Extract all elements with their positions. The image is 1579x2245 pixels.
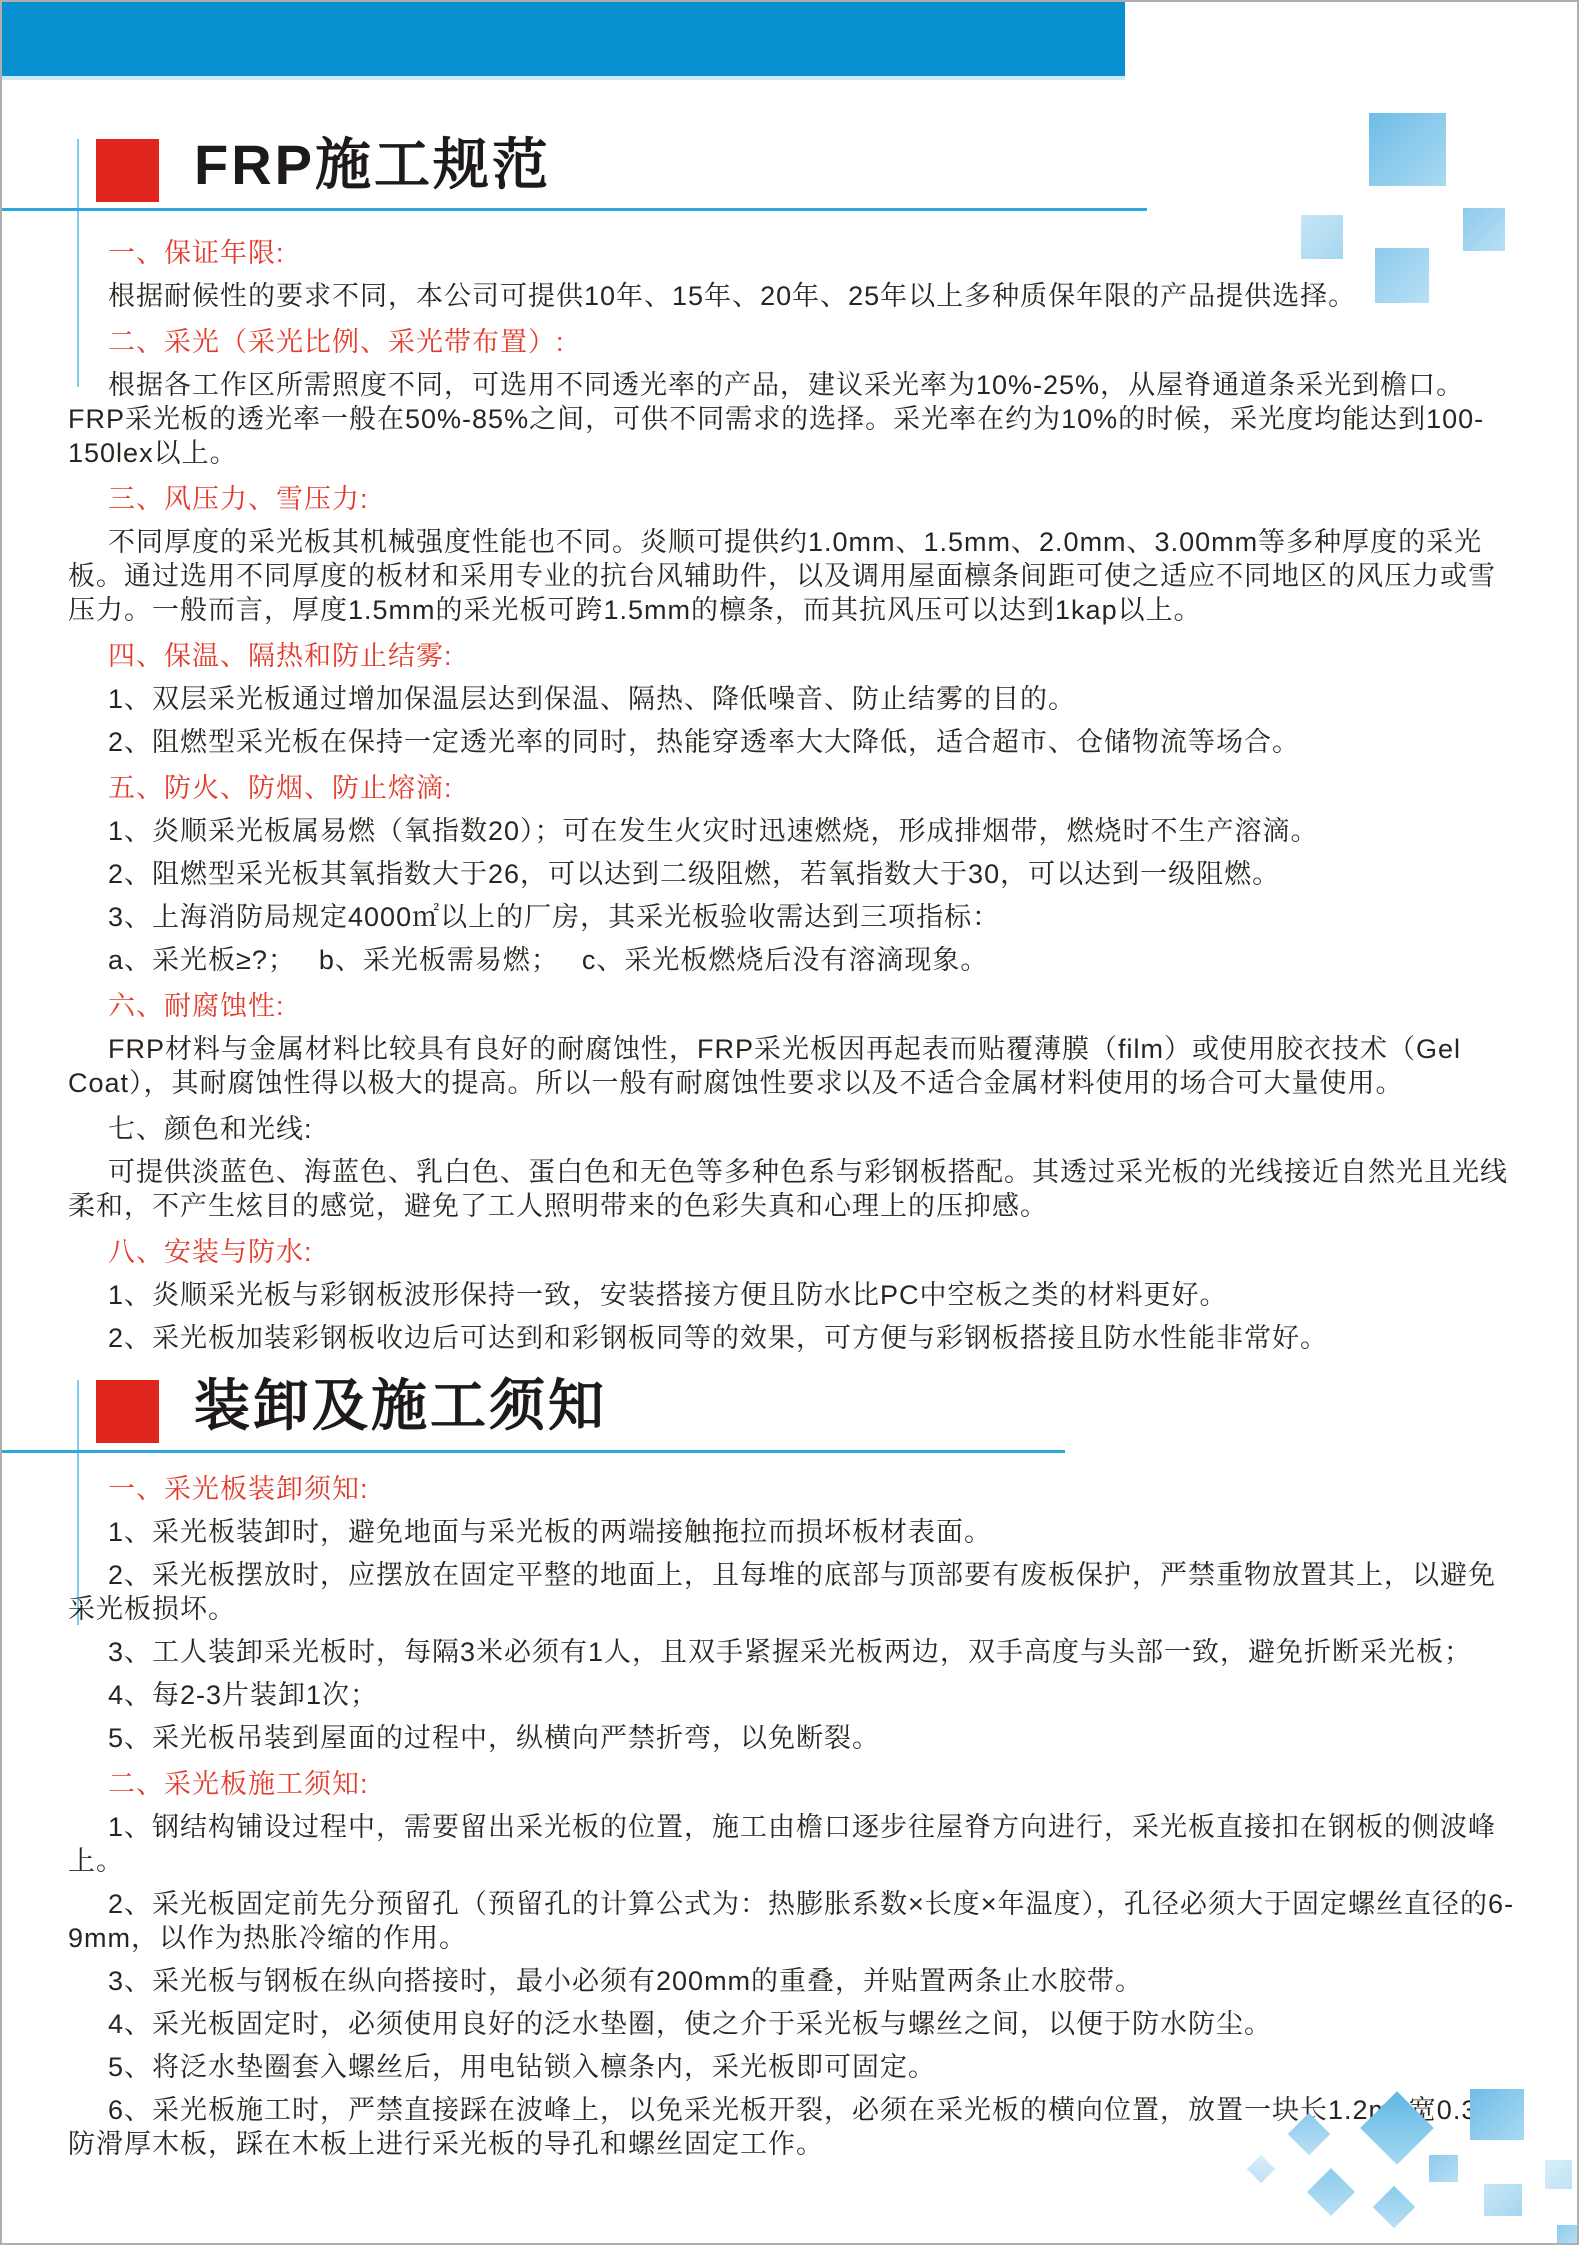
paragraph: FRP材料与金属材料比较具有良好的耐腐蚀性，FRP采光板因再起表而贴覆薄膜（fi… — [68, 1032, 1518, 1100]
paragraph: 不同厚度的采光板其机械强度性能也不同。炎顺可提供约1.0mm、1.5mm、2.0… — [68, 525, 1518, 627]
section-heading: 七、颜色和光线: — [68, 1112, 1518, 1146]
deco-diamond — [1307, 2168, 1355, 2216]
section-heading: 二、采光（采光比例、采光带布置）: — [68, 325, 1518, 359]
list-item: 1、双层采光板通过增加保温层达到保温、隔热、降低噪音、防止结雾的目的。 — [68, 682, 1518, 716]
list-item: 3、上海消防局规定4000㎡以上的厂房，其采光板验收需达到三项指标： — [68, 900, 1518, 934]
list-item: 4、采光板固定时，必须使用良好的泛水垫圈，使之介于采光板与螺丝之间，以便于防水防… — [68, 2007, 1518, 2041]
title-underline — [2, 208, 1147, 211]
top-blue-bar-edge — [2, 76, 1125, 80]
list-item: 2、采光板固定前先分预留孔（预留孔的计算公式为：热膨胀系数×长度×年温度），孔径… — [68, 1887, 1518, 1955]
section-heading: 六、耐腐蚀性: — [68, 989, 1518, 1023]
list-item: 2、采光板加装彩钢板收边后可达到和彩钢板同等的效果，可方便与彩钢板搭接且防水性能… — [68, 1321, 1518, 1355]
section-heading: 五、防火、防烟、防止熔滴: — [68, 771, 1518, 805]
paragraph: 根据各工作区所需照度不同，可选用不同透光率的产品，建议采光率为10%-25%，从… — [68, 368, 1518, 470]
list-item: 3、采光板与钢板在纵向搭接时，最小必须有200mm的重叠，并贴置两条止水胶带。 — [68, 1964, 1518, 1998]
deco-square — [1545, 2160, 1572, 2189]
section-heading: 一、采光板装卸须知: — [68, 1472, 1518, 1506]
list-item: 5、将泛水垫圈套入螺丝后，用电钻锁入檩条内，采光板即可固定。 — [68, 2050, 1518, 2084]
list-item: a、采光板≥?； b、采光板需易燃； c、采光板燃烧后没有溶滴现象。 — [68, 943, 1518, 977]
list-item: 1、采光板装卸时，避免地面与采光板的两端接触拖拉而损坏板材表面。 — [68, 1515, 1518, 1549]
deco-square — [1557, 2225, 1579, 2245]
list-item: 1、钢结构铺设过程中，需要留出采光板的位置，施工由檐口逐步往屋脊方向进行，采光板… — [68, 1810, 1518, 1878]
section-heading: 四、保温、隔热和防止结雾: — [68, 639, 1518, 673]
deco-square — [1369, 113, 1446, 186]
deco-square — [1429, 2155, 1458, 2182]
paragraph: 根据耐候性的要求不同，本公司可提供10年、15年、20年、25年以上多种质保年限… — [68, 279, 1518, 313]
paragraph: 可提供淡蓝色、海蓝色、乳白色、蛋白色和无色等多种色系与彩钢板搭配。其透过采光板的… — [68, 1155, 1518, 1223]
list-item: 1、炎顺采光板属易燃（氧指数20）；可在发生火灾时迅速燃烧，形成排烟带，燃烧时不… — [68, 814, 1518, 848]
title-red-square — [96, 1380, 159, 1443]
list-item: 2、阻燃型采光板在保持一定透光率的同时，热能穿透率大大降低，适合超市、仓储物流等… — [68, 725, 1518, 759]
list-item: 4、每2-3片装卸1次； — [68, 1678, 1518, 1712]
title-underline — [2, 1450, 1065, 1453]
section-heading: 一、保证年限: — [68, 236, 1518, 270]
section1-content: 一、保证年限: 根据耐候性的要求不同，本公司可提供10年、15年、20年、25年… — [68, 224, 1518, 1364]
section-heading: 八、安装与防水: — [68, 1235, 1518, 1269]
deco-diamond — [1373, 2186, 1415, 2228]
deco-square — [1470, 2089, 1524, 2140]
section-heading: 二、采光板施工须知: — [68, 1767, 1518, 1801]
section1-title: FRP施工规范 — [194, 133, 551, 197]
section2-title: 装卸及施工须知 — [194, 1374, 607, 1438]
top-blue-bar — [2, 2, 1125, 76]
list-item: 3、工人装卸采光板时，每隔3米必须有1人，且双手紧握采光板两边，双手高度与头部一… — [68, 1635, 1518, 1669]
list-item: 2、阻燃型采光板其氧指数大于26，可以达到二级阻燃，若氧指数大于30，可以达到一… — [68, 857, 1518, 891]
section-heading: 三、风压力、雪压力: — [68, 482, 1518, 516]
list-item: 1、炎顺采光板与彩钢板波形保持一致，安装搭接方便且防水比PC中空板之类的材料更好… — [68, 1278, 1518, 1312]
deco-square — [1484, 2184, 1522, 2216]
list-item: 5、采光板吊装到屋面的过程中，纵横向严禁折弯，以免断裂。 — [68, 1721, 1518, 1755]
title-red-square — [96, 139, 159, 202]
document-page: FRP施工规范 一、保证年限: 根据耐候性的要求不同，本公司可提供10年、15年… — [0, 0, 1579, 2245]
list-item: 2、采光板摆放时，应摆放在固定平整的地面上，且每堆的底部与顶部要有废板保护，严禁… — [68, 1558, 1518, 1626]
section2-content: 一、采光板装卸须知: 1、采光板装卸时，避免地面与采光板的两端接触拖拉而损坏板材… — [68, 1460, 1518, 2170]
